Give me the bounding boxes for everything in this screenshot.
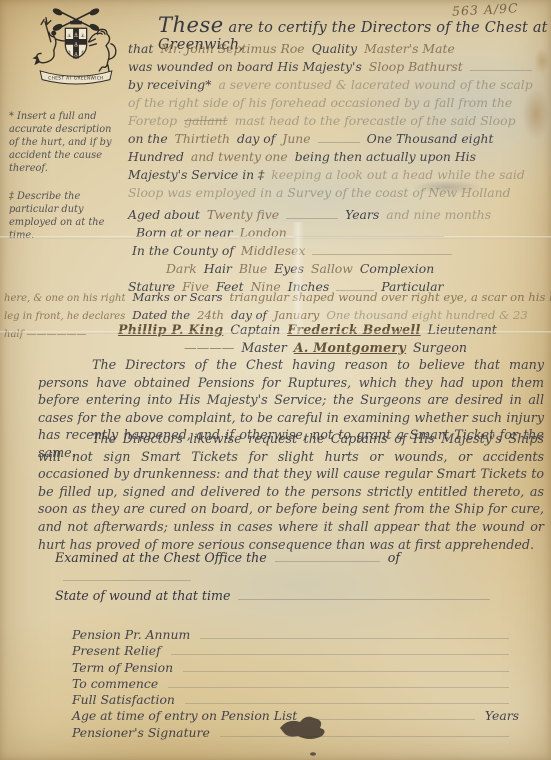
pension-row-label: Pensioner's Signature [72, 725, 210, 741]
smart-tickets-paragraph: The Directors likewise request the Capta… [38, 430, 544, 553]
signature-text: Phillip P. King [118, 322, 223, 337]
blank-rule [171, 644, 509, 655]
handwritten-text: Mr. John Septimus Roe [160, 41, 304, 56]
footnote-text: Describe the particular duty employed on… [9, 191, 104, 241]
pension-row-label: Full Satisfaction [72, 692, 175, 708]
paper-stain [534, 48, 550, 74]
pension-row-label: Present Relief [72, 643, 161, 659]
blank-rule [470, 60, 532, 71]
anchor-icon: ⚓ [67, 49, 71, 55]
chest-at-greenwich-coat-of-arms: ⚓ ⚓ ⚓ ⚓ ⚓ ⚓ ⚓ CHEST AT GREENWICH [26, 7, 126, 99]
pension-row: Full Satisfaction [72, 692, 519, 708]
form-line: on theThirtiethday ofJuneOne Thousand ei… [128, 130, 548, 148]
paper-stain [412, 180, 482, 194]
pension-row-label: Pension Pr. Annum [72, 627, 190, 643]
form-line: In the County ofMiddlesex [132, 242, 548, 260]
margin-note-hurt-description: * Insert a full and accurate description… [9, 110, 123, 175]
blank-rule [185, 693, 509, 704]
anchor-icon: ⚓ [73, 51, 78, 58]
faint-handwritten-text: Foretop [128, 113, 177, 128]
examined-section: Examined at the Chest Office theof State… [55, 548, 541, 605]
form-line: here, & one on his rightMarks or Scarstr… [4, 289, 549, 307]
printed-text: One Thousand eight [367, 131, 494, 146]
form-line: Majesty's Service in ‡keeping a look out… [128, 166, 548, 184]
motto-ribbon: CHEST AT GREENWICH [40, 71, 112, 84]
form-line: Born at or nearLondon [136, 224, 548, 242]
handwritten-text: Sallow [311, 261, 353, 276]
handwritten-text: Master's Mate [364, 41, 455, 56]
form-line: Phillip P. KingCaptainFrederick BedwellL… [118, 321, 550, 339]
blank-rule [63, 570, 191, 581]
form-line: Hundredand twenty onebeing then actually… [128, 148, 548, 166]
ink-blot [268, 712, 338, 760]
form-line: thatMr. John Septimus RoeQualityMaster's… [128, 40, 548, 58]
examined-line: Examined at the Chest Office theof [55, 548, 541, 586]
faint-handwritten-text: and nine months [386, 207, 491, 222]
pension-row-label: Term of Pension [72, 660, 173, 676]
blank-rule [238, 589, 490, 600]
faint-handwritten-text: a severe contused & lacerated wound of t… [218, 77, 532, 92]
printed-text: Hundred [128, 149, 184, 164]
faint-handwritten-text: mast head to the forecastle of the said … [235, 113, 516, 128]
handwritten-text: Thirtieth [175, 131, 230, 146]
anchor-icon: ⚓ [81, 49, 85, 55]
lion-supporter-icon [89, 29, 116, 71]
struck-handwritten-text: gallant [184, 113, 228, 128]
signature-text: A. Montgomery [294, 340, 406, 355]
anchor-icon: ⚓ [73, 32, 78, 39]
printed-text: by receiving* [128, 77, 211, 92]
form-line: ————MasterA. MontgomerySurgeon [184, 339, 550, 357]
printed-text: that [128, 41, 153, 56]
form-line: of the right side of his forehead occasi… [128, 94, 548, 112]
printed-text: was wounded on board His Majesty's [128, 59, 362, 74]
signature-text: Frederick Bedwell [287, 322, 420, 337]
form-line: Aged aboutTwenty fiveYearsand nine month… [128, 206, 548, 224]
anchor-icon: ⚓ [67, 33, 71, 39]
printed-text: Complexion [360, 261, 434, 276]
printed-text: In the County of [132, 243, 234, 258]
printed-text: Surgeon [413, 340, 467, 355]
anchor-icon: ⚓ [81, 33, 85, 39]
margin-note-duty: ‡ Describe the particular duty employed … [9, 190, 123, 242]
blank-rule [183, 661, 509, 672]
pension-row-label: To commence [72, 676, 158, 692]
form-line: was wounded on board His Majesty'sSloop … [128, 58, 548, 76]
examined-label: Examined at the Chest Office the [55, 550, 267, 565]
faint-handwritten-text: keeping a look out a head while the said [271, 167, 524, 182]
printed-text: Marks or Scars [132, 290, 222, 304]
paper-stain [522, 88, 550, 140]
printed-text: day of [231, 308, 267, 322]
blank-rule [220, 726, 509, 737]
handwritten-text: and twenty one [191, 149, 288, 164]
printed-text: Quality [312, 41, 357, 56]
pension-row: Pension Pr. Annum [72, 627, 519, 643]
form-line: by receiving*a severe contused & lacerat… [128, 76, 548, 94]
smart-ticket-certificate: ⚓ ⚓ ⚓ ⚓ ⚓ ⚓ ⚓ CHEST AT GREENWICH [0, 0, 551, 760]
handwritten-text: triangular shaped wound over right eye, … [230, 290, 551, 304]
printed-text: day of [237, 131, 275, 146]
fold-crease [0, 236, 551, 239]
pension-row-label: Age at time of entry on Pension List [72, 708, 297, 724]
form-line: Foretopgallantmast head to the forecastl… [128, 112, 548, 130]
footnote-asterisk: * [9, 111, 14, 122]
certificate-body: thatMr. John Septimus RoeQualityMaster's… [128, 40, 548, 296]
blank-rule [168, 677, 509, 688]
printed-text: Aged about [128, 207, 200, 222]
blank-rule [200, 628, 509, 639]
handwritten-text: Sloop Bathurst [369, 59, 463, 74]
blank-rule [312, 244, 452, 255]
pen-flourish: ———— [184, 340, 234, 355]
printed-text: Majesty's Service in ‡ [128, 167, 264, 182]
handwritten-text: Dark [166, 261, 197, 276]
printed-text: Dated the [132, 308, 190, 322]
officer-signatures: Phillip P. KingCaptainFrederick BedwellL… [118, 321, 550, 356]
printed-text: Captain [230, 322, 280, 337]
printed-text: Master [241, 340, 286, 355]
margin-handwritten-text: here, & one on his right [4, 293, 125, 304]
printed-text: Years [345, 207, 379, 222]
pension-row: Term of Pension [72, 660, 519, 676]
heading-opening-word: These [158, 13, 224, 37]
footnote-dagger: ‡ [9, 191, 14, 202]
blank-rule [286, 208, 338, 219]
state-of-wound-label: State of wound at that time [55, 588, 230, 603]
handwritten-text: June [282, 131, 310, 146]
printed-text: being then actually upon His [295, 149, 476, 164]
pension-row: Present Relief [72, 643, 519, 659]
faint-handwritten-text: of the right side of his forehead occasi… [128, 95, 512, 110]
blank-rule [318, 132, 360, 143]
paper-streak [292, 222, 304, 334]
handwritten-text: 24th [197, 308, 224, 322]
shield: ⚓ ⚓ ⚓ ⚓ ⚓ ⚓ ⚓ [65, 28, 86, 58]
printed-text: Lieutenant [428, 322, 497, 337]
printed-text: Hair [204, 261, 232, 276]
state-of-wound-line: State of wound at that time [55, 586, 541, 605]
fold-crease [0, 331, 551, 334]
form-line: DarkHairBlueEyesSallowComplexion [166, 260, 548, 278]
margin-handwritten-text: leg in front, he declares [4, 311, 125, 322]
form-line: Sloop was employed in a Survey of the co… [128, 184, 548, 202]
faint-handwritten-text: One thousand eight hundred & 23 [326, 308, 527, 322]
of-label: of [388, 550, 400, 565]
handwritten-text: Twenty five [207, 207, 279, 222]
anchor-icon: ⚓ [73, 42, 78, 49]
footnote-text: Insert a full and accurate description o… [9, 111, 111, 174]
handwritten-text: Blue [239, 261, 267, 276]
blank-rule [275, 551, 380, 562]
printed-text: on the [128, 131, 168, 146]
pension-row: To commence [72, 676, 519, 692]
pension-row-suffix: Years [485, 708, 519, 724]
motto-text: CHEST AT GREENWICH [48, 76, 103, 82]
